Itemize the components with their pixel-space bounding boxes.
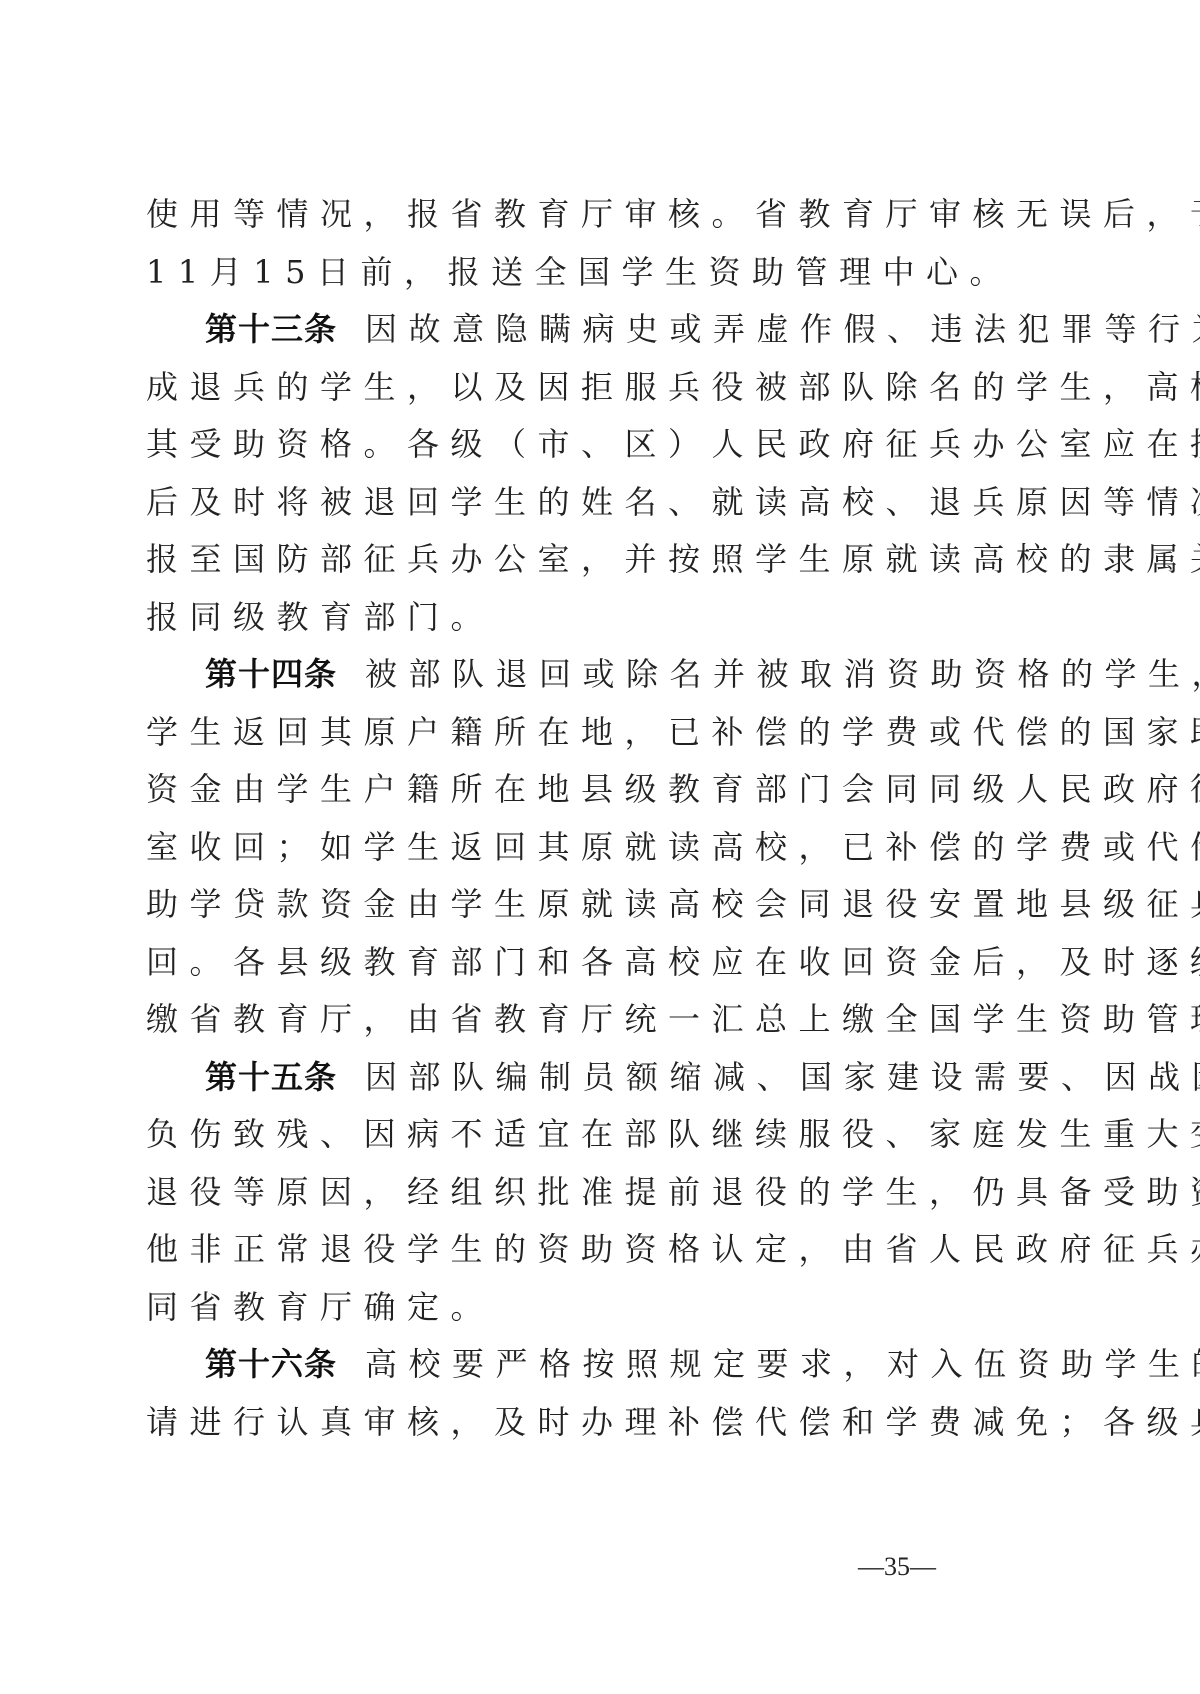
article-number: 第十六条 <box>205 1345 337 1383</box>
text-line-body: 因部队编制员额缩减、国家建设需要、因战因公 <box>365 1058 1200 1096</box>
document-page: 使用等情况，报省教育厅审核。省教育厅审核无误后，于每年 11月15日前，报送全国… <box>0 0 1200 1694</box>
article-number: 第十五条 <box>205 1058 337 1096</box>
paragraph-article-15: 第十五条因部队编制员额缩减、国家建设需要、因战因公 负伤致残、因病不适宜在部队继… <box>146 1049 968 1337</box>
text-line: 报同级教育部门。 <box>146 589 968 647</box>
text-line-body: 因故意隐瞒病史或弄虚作假、违法犯罪等行为造 <box>365 310 1200 348</box>
body-text: 使用等情况，报省教育厅审核。省教育厅审核无误后，于每年 11月15日前，报送全国… <box>146 186 968 1451</box>
text-line: 使用等情况，报省教育厅审核。省教育厅审核无误后，于每年 <box>146 186 968 244</box>
text-line: 第十五条因部队编制员额缩减、国家建设需要、因战因公 <box>146 1049 968 1107</box>
article-number: 第十三条 <box>205 310 337 348</box>
text-line: 回。各县级教育部门和各高校应在收回资金后，及时逐级汇总上 <box>146 934 968 992</box>
text-line: 退役等原因，经组织批准提前退役的学生，仍具备受助资格。其 <box>146 1164 968 1222</box>
text-line: 第十四条被部队退回或除名并被取消资助资格的学生，如 <box>146 646 968 704</box>
text-line: 缴省教育厅，由省教育厅统一汇总上缴全国学生资助管理中心。 <box>146 991 968 1049</box>
paragraph-article-13: 第十三条因故意隐瞒病史或弄虚作假、违法犯罪等行为造 成退兵的学生，以及因拒服兵役… <box>146 301 968 646</box>
text-line: 同省教育厅确定。 <box>146 1279 968 1337</box>
text-line: 第十三条因故意隐瞒病史或弄虚作假、违法犯罪等行为造 <box>146 301 968 359</box>
paragraph-article-14: 第十四条被部队退回或除名并被取消资助资格的学生，如 学生返回其原户籍所在地，已补… <box>146 646 968 1049</box>
paragraph-article-16: 第十六条高校要严格按照规定要求，对入伍资助学生的申 请进行认真审核，及时办理补偿… <box>146 1336 968 1451</box>
text-line: 其受助资格。各级（市、区）人民政府征兵办公室应在接收退兵 <box>146 416 968 474</box>
text-line: 资金由学生户籍所在地县级教育部门会同同级人民政府征兵办公 <box>146 761 968 819</box>
text-line: 他非正常退役学生的资助资格认定，由省人民政府征兵办公室会 <box>146 1221 968 1279</box>
text-line: 后及时将被退回学生的姓名、就读高校、退兵原因等情况逐级上 <box>146 474 968 532</box>
text-line: 11月15日前，报送全国学生资助管理中心。 <box>146 244 968 302</box>
text-line: 报至国防部征兵办公室，并按照学生原就读高校的隶属关系，通 <box>146 531 968 589</box>
text-line: 负伤致残、因病不适宜在部队继续服役、家庭发生重大变故需要 <box>146 1106 968 1164</box>
text-line: 助学贷款资金由学生原就读高校会同退役安置地县级征兵办收 <box>146 876 968 934</box>
page-number: —35— <box>858 1552 936 1582</box>
text-line-body: 被部队退回或除名并被取消资助资格的学生，如 <box>365 655 1200 693</box>
text-line: 第十六条高校要严格按照规定要求，对入伍资助学生的申 <box>146 1336 968 1394</box>
text-line: 成退兵的学生，以及因拒服兵役被部队除名的学生，高校应取消 <box>146 359 968 417</box>
text-line-body: 高校要严格按照规定要求，对入伍资助学生的申 <box>365 1345 1200 1383</box>
article-number: 第十四条 <box>205 655 337 693</box>
text-line: 学生返回其原户籍所在地，已补偿的学费或代偿的国家助学贷款 <box>146 704 968 762</box>
paragraph-continuation: 使用等情况，报省教育厅审核。省教育厅审核无误后，于每年 11月15日前，报送全国… <box>146 186 968 301</box>
text-line: 请进行认真审核，及时办理补偿代偿和学费减免；各级兵役机关 <box>146 1394 968 1452</box>
text-line: 室收回；如学生返回其原就读高校，已补偿的学费或代偿的国家 <box>146 819 968 877</box>
